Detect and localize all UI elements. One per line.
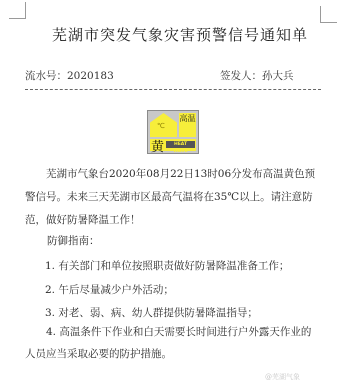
page-corner-mark-top-left [9, 2, 26, 19]
signal-level-band: 黄 HEAT WAVE [150, 139, 196, 151]
thermometer-icon: ℃ [157, 122, 165, 130]
signal-level-text: 黄 [151, 136, 164, 155]
guide-item: 1. 有关部门和单位按照职责做好防暑降温准备工作； [45, 258, 289, 273]
guide-item: 2. 午后尽量减少户外活动； [45, 282, 174, 297]
document-title: 芜湖市突发气象灾害预警信号通知单 [0, 24, 360, 45]
signal-type-text: 高温 [179, 113, 196, 137]
issuer: 签发人：孙大兵 [220, 68, 294, 83]
guide-item: 4. 高温条件下作业和白天需要长时间进行户外露天作业的人员应当采取必要的防护措施… [25, 321, 321, 365]
warning-body-paragraph: 芜湖市气象台2020年08月22日13时06分发布高温黄色预警信号。未来三天芜湖… [25, 163, 321, 232]
weibo-watermark: @芜湖气象 [265, 372, 300, 382]
signal-english-text: HEAT WAVE [166, 141, 195, 148]
serial-number: 流水号：2020183 [25, 68, 114, 83]
high-temperature-yellow-warning-icon: ℃ 高温 黄 HEAT WAVE [147, 110, 199, 154]
separator-dashed-line [25, 89, 321, 90]
page-corner-mark-top-right [320, 6, 337, 23]
guide-item: 3. 对老、弱、病、幼人群提供防暑降温指导； [45, 305, 258, 320]
guide-heading: 防御指南： [47, 233, 100, 248]
